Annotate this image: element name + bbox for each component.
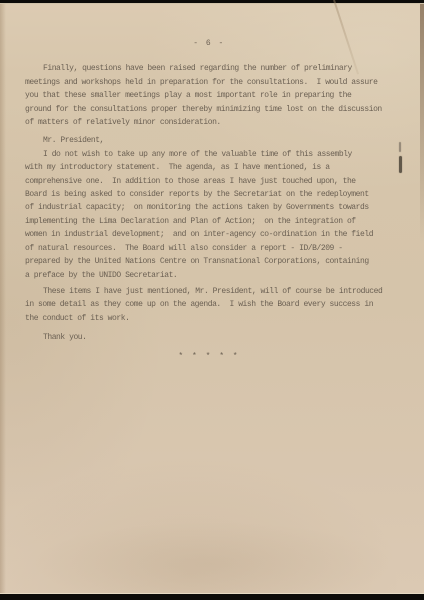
margin-ink-mark-upper [399,142,401,152]
page-number: - 6 - [25,37,393,50]
document-page: - 6 - Finally, questions have been raise… [0,4,424,593]
salutation: Mr. President, [25,134,393,147]
typewritten-content: - 6 - Finally, questions have been raise… [25,37,393,363]
paragraph-preliminary-meetings: Finally, questions have been raised rega… [25,62,393,129]
paragraph-agenda-overview: I do not wish to take up any more of the… [25,148,393,282]
scan-border-bottom [0,593,424,600]
margin-ink-mark-lower [399,156,402,173]
paragraph-thank-you: Thank you. [25,331,393,344]
paper-left-edge-shadow [0,4,6,593]
paper-right-edge-shadow [420,4,424,244]
paragraph-closing: These items I have just mentioned, Mr. P… [25,285,393,325]
scanned-document: - 6 - Finally, questions have been raise… [0,0,424,600]
end-of-statement-separator: * * * * * [25,350,393,363]
